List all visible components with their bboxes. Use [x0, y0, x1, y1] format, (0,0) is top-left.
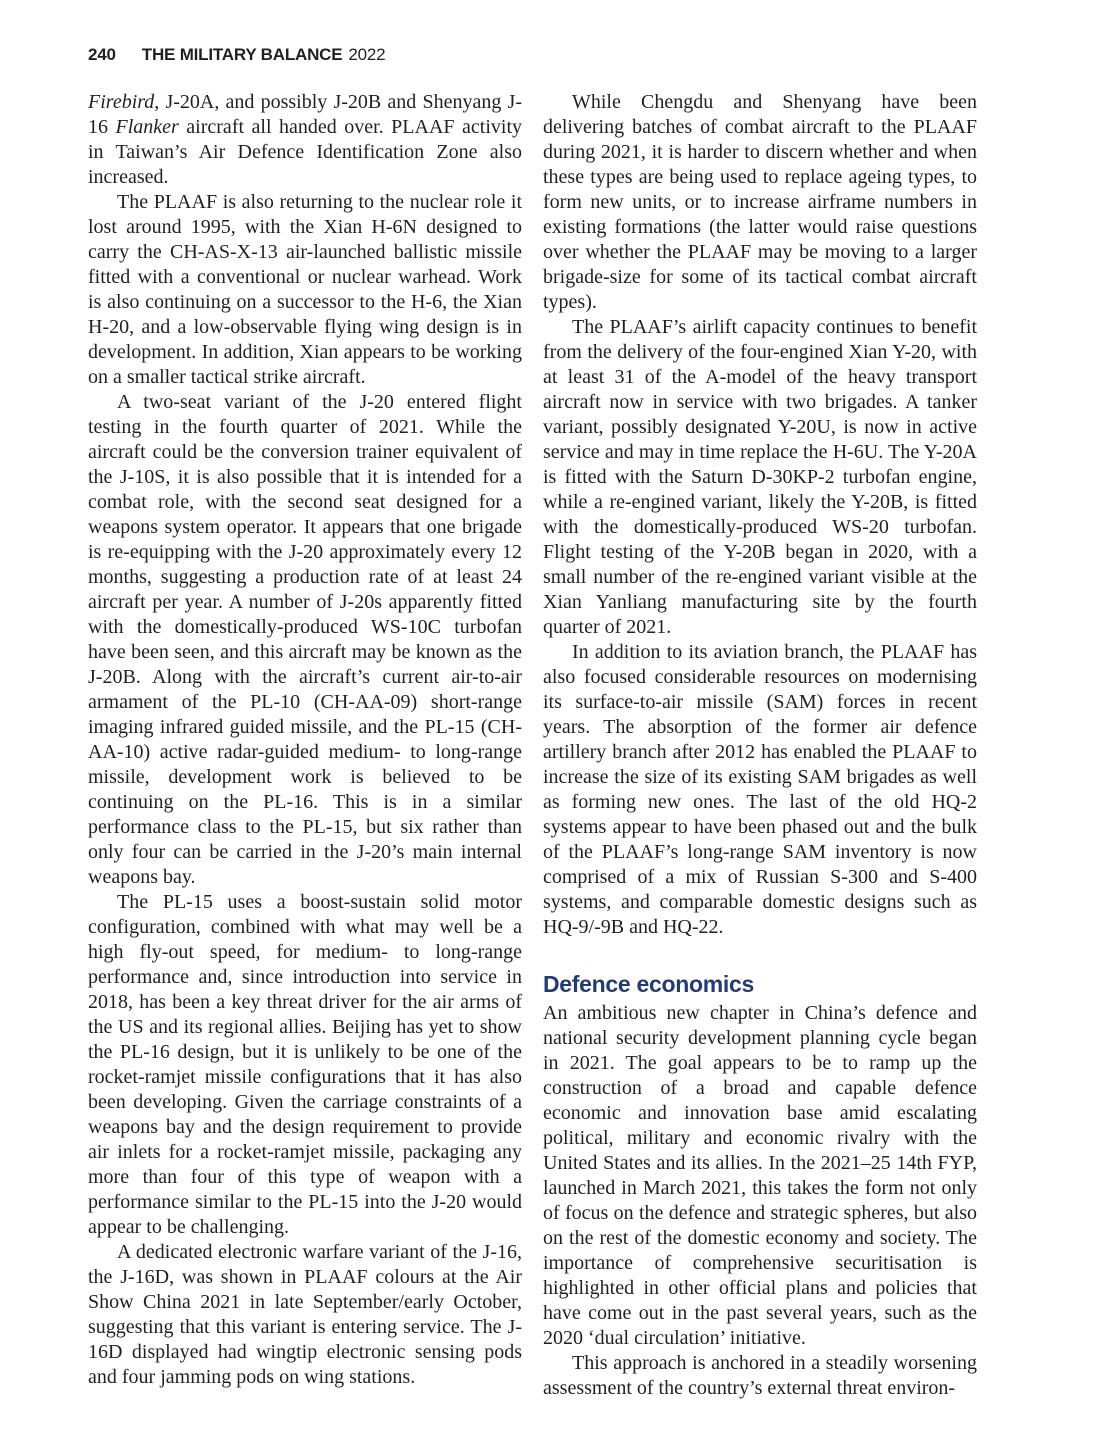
left-column: Firebird, J-20A, and possibly J-20B and …: [88, 90, 522, 1401]
paragraph-j16d: A dedicated electronic warfare variant o…: [88, 1240, 522, 1390]
paragraph-chengdu-shenyang: While Chengdu and Shenyang have been del…: [543, 90, 977, 315]
page-header: 240THE MILITARY BALANCE2022: [88, 45, 385, 65]
page-body: Firebird, J-20A, and possibly J-20B and …: [88, 90, 977, 1401]
paragraph-approach-anchored: This approach is anchored in a steadily …: [543, 1351, 977, 1401]
paragraph-firebird-continuation: Firebird, J-20A, and possibly J-20B and …: [88, 90, 522, 190]
paragraph-nuclear-role: The PLAAF is also returning to the nucle…: [88, 190, 522, 390]
publication-year: 2022: [348, 45, 385, 64]
paragraph-ambitious-chapter: An ambitious new chapter in China’s defe…: [543, 1001, 977, 1351]
page-number: 240: [88, 45, 116, 64]
paragraph-airlift-y20: The PLAAF’s airlift capacity continues t…: [543, 315, 977, 640]
right-column: While Chengdu and Shenyang have been del…: [543, 90, 977, 1401]
paragraph-j20-two-seat: A two-seat variant of the J-20 entered f…: [88, 390, 522, 890]
publication-title: THE MILITARY BALANCE: [142, 45, 343, 64]
paragraph-pl15-motor: The PL-15 uses a boost-sustain solid mot…: [88, 890, 522, 1240]
paragraph-sam-forces: In addition to its aviation branch, the …: [543, 640, 977, 940]
section-heading-defence-economics: Defence economics: [543, 971, 977, 997]
